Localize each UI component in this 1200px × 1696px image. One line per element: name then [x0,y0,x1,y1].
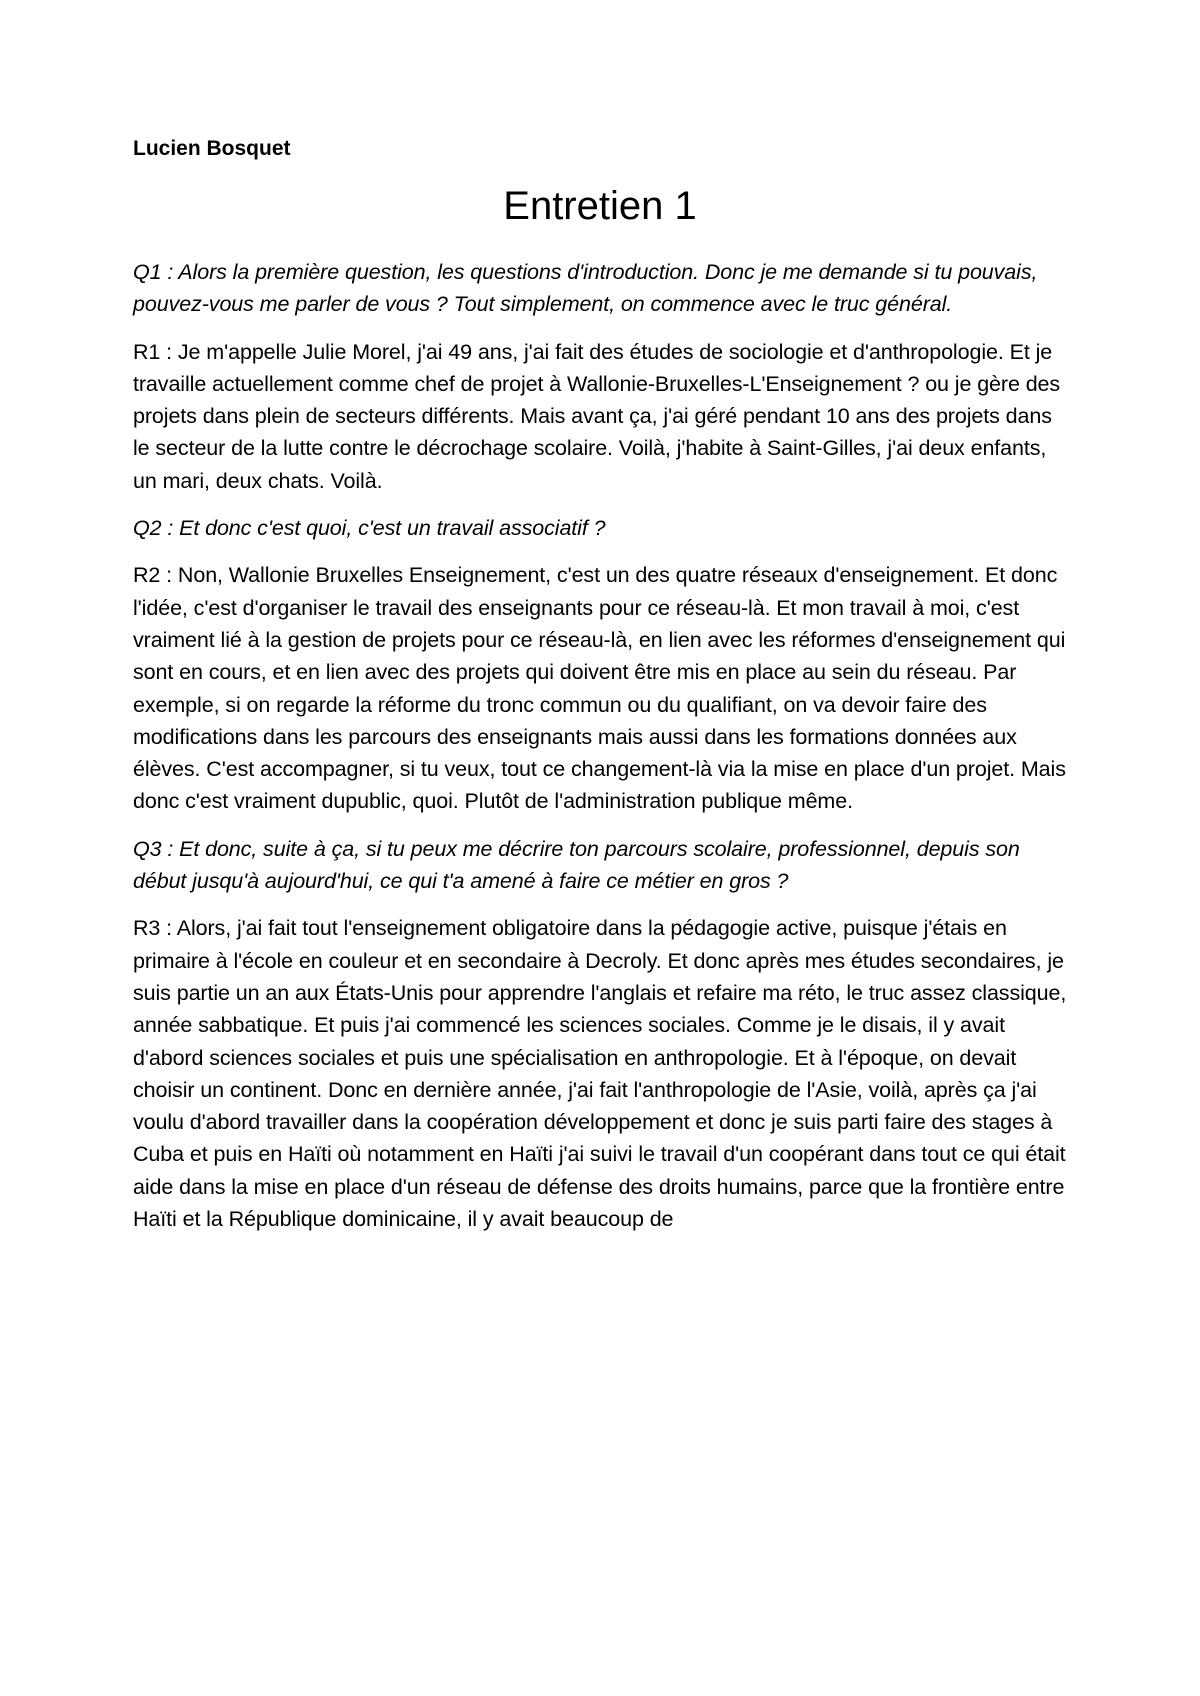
document-title: Entretien 1 [133,182,1067,230]
paragraph-q3: Q3 : Et donc, suite à ça, si tu peux me … [133,833,1067,898]
author-name: Lucien Bosquet [133,135,1067,162]
document-page: Lucien Bosquet Entretien 1 Q1 : Alors la… [0,0,1200,1696]
paragraph-r3: R3 : Alors, j'ai fait tout l'enseignemen… [133,912,1067,1235]
paragraph-r1: R1 : Je m'appelle Julie Morel, j'ai 49 a… [133,336,1067,497]
paragraph-r2: R2 : Non, Wallonie Bruxelles Enseignemen… [133,559,1067,817]
paragraph-q2: Q2 : Et donc c'est quoi, c'est un travai… [133,512,1067,544]
paragraph-q1: Q1 : Alors la première question, les que… [133,256,1067,321]
